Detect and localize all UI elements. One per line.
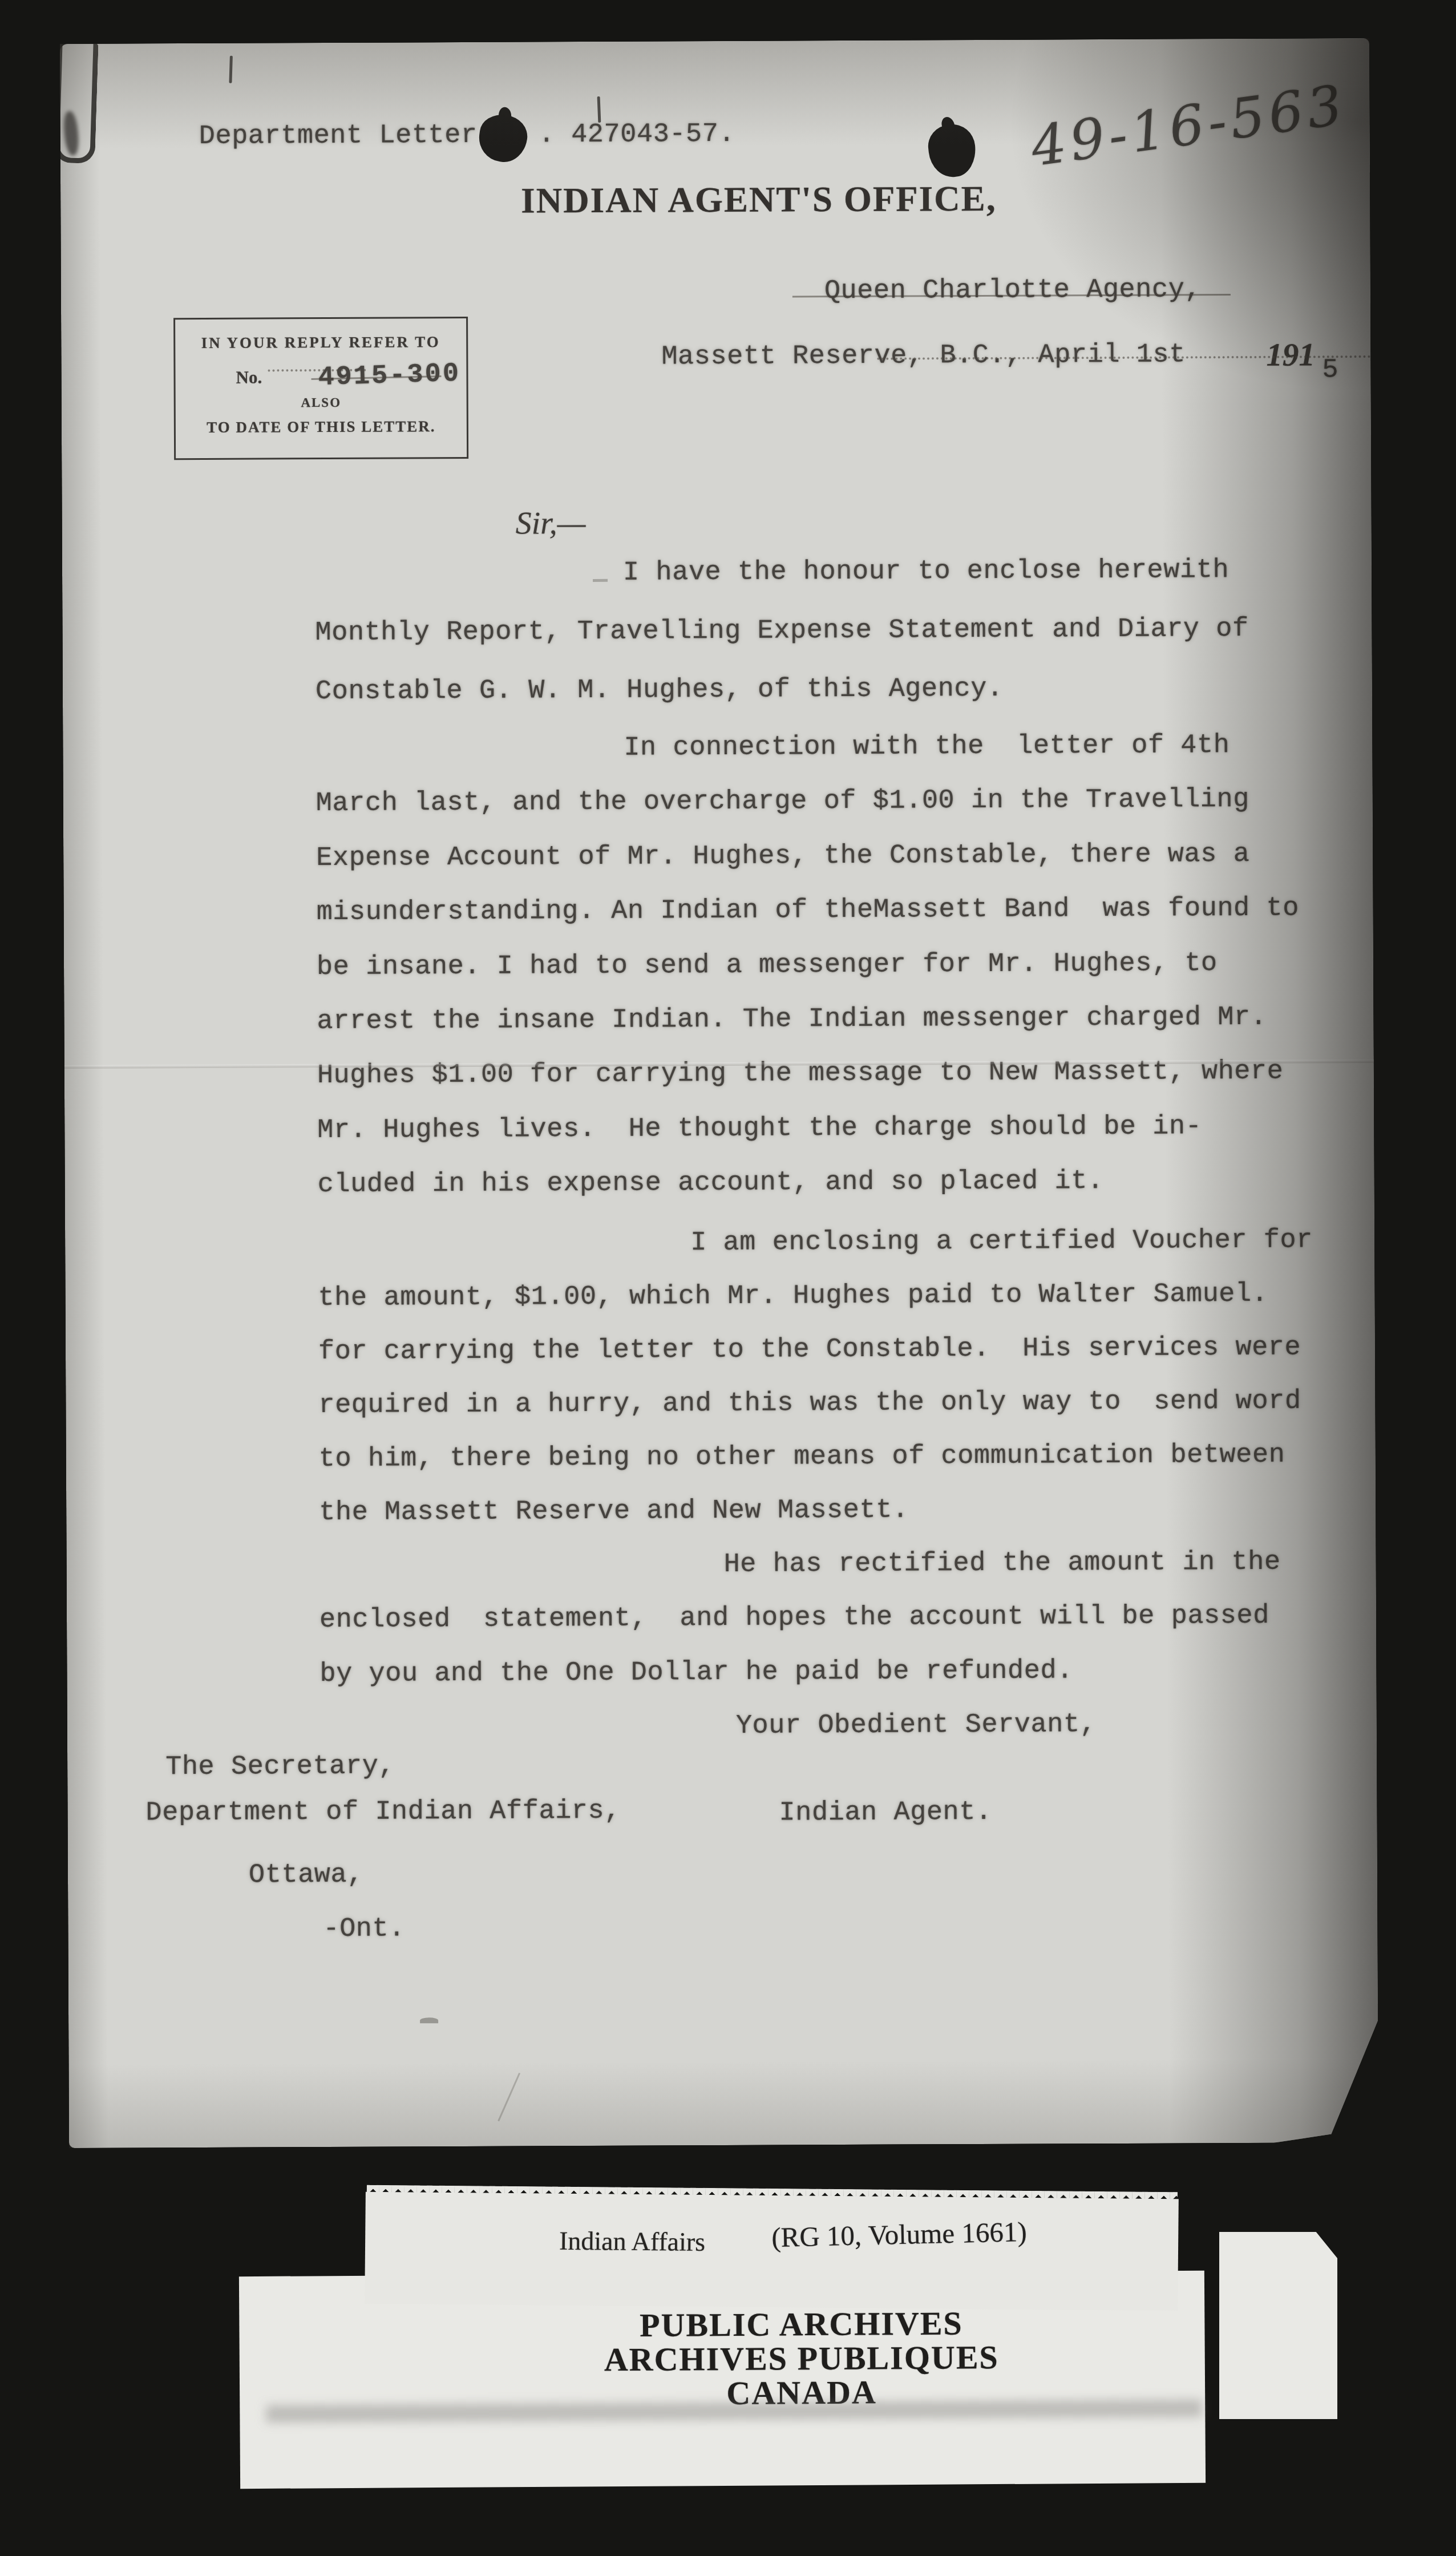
stray-dash-mark bbox=[593, 579, 608, 582]
volume-reference-label: (RG 10, Volume 1661) bbox=[771, 2215, 1028, 2254]
closing-line: Your Obedient Servant, bbox=[736, 1711, 1097, 1740]
place-date-line: Massett Reserve, B.C., April 1st bbox=[661, 341, 1186, 370]
body-line: Constable G. W. M. Hughes, of this Agenc… bbox=[316, 676, 1004, 705]
scanned-document-page: Department Letter . 427043-57. 49-16-563… bbox=[0, 0, 1456, 2556]
office-title: INDIAN AGENT'S OFFICE, bbox=[521, 178, 997, 222]
reply-box-no-label: No. bbox=[236, 367, 262, 387]
body-line: required in a hurry, and this was the on… bbox=[318, 1388, 1301, 1419]
letter-paper: Department Letter . 427043-57. 49-16-563… bbox=[60, 38, 1378, 2148]
ink-blot-icon bbox=[926, 122, 978, 179]
paperclip-imprint-icon bbox=[54, 42, 98, 164]
handwritten-file-number: 49-16-563 bbox=[1028, 72, 1350, 179]
collection-label: Indian Affairs bbox=[559, 2226, 705, 2257]
body-line: Mr. Hughes lives. He thought the charge … bbox=[317, 1113, 1202, 1144]
public-archives-text: PUBLIC ARCHIVES ARCHIVES PUBLIQUES CANAD… bbox=[398, 2305, 1205, 2413]
body-line: March last, and the overcharge of $1.00 … bbox=[316, 786, 1249, 817]
indian-affairs-reference-strip: Indian Affairs (RG 10, Volume 1661) bbox=[365, 2192, 1179, 2311]
ink-blot-icon bbox=[476, 112, 530, 165]
reply-reference-box: IN YOUR REPLY REFER TO No. 4915-300 ALSO… bbox=[173, 317, 468, 460]
addressee-line: -Ont. bbox=[323, 1915, 405, 1943]
body-line: Expense Account of Mr. Hughes, the Const… bbox=[316, 841, 1249, 872]
body-line: the amount, $1.00, which Mr. Hughes paid… bbox=[318, 1281, 1268, 1312]
body-line: He has rectified the amount in the bbox=[724, 1549, 1281, 1578]
stray-pen-mark bbox=[420, 2017, 438, 2023]
body-line: by you and the One Dollar he paid be ref… bbox=[319, 1657, 1073, 1688]
body-line: to him, there being no other means of co… bbox=[319, 1442, 1285, 1473]
addressee-line: Department of Indian Affairs, bbox=[145, 1798, 621, 1827]
department-letter-number: . 427043-57. bbox=[539, 121, 735, 149]
body-line: I am enclosing a certified Voucher for bbox=[690, 1227, 1313, 1256]
body-line: misunderstanding. An Indian of theMasset… bbox=[317, 895, 1299, 927]
body-line: for carrying the letter to the Constable… bbox=[318, 1334, 1301, 1366]
reply-box-line1: IN YOUR REPLY REFER TO bbox=[175, 333, 466, 352]
body-line: enclosed statement, and hopes the accoun… bbox=[319, 1603, 1269, 1633]
typed-year-digit: 5 bbox=[1322, 357, 1338, 383]
archives-line: PUBLIC ARCHIVES bbox=[398, 2305, 1204, 2344]
archives-line: ARCHIVES PUBLIQUES bbox=[398, 2339, 1205, 2379]
body-line: be insane. I had to send a messenger for… bbox=[317, 950, 1218, 981]
department-letter-label: Department Letter bbox=[199, 122, 478, 150]
stray-tick-mark bbox=[229, 56, 232, 83]
body-line: arrest the insane Indian. The Indian mes… bbox=[317, 1004, 1267, 1035]
agency-line: Queen Charlotte Agency, bbox=[824, 276, 1201, 305]
addressee-line: The Secretary, bbox=[165, 1753, 395, 1781]
white-card-tab bbox=[1219, 2232, 1337, 2419]
body-line: cluded in his expense account, and so pl… bbox=[318, 1168, 1104, 1198]
addressee-line: Ottawa, bbox=[249, 1862, 363, 1889]
body-line: In connection with the letter of 4th bbox=[624, 732, 1229, 762]
stray-tick-mark bbox=[597, 96, 601, 123]
reply-box-also: ALSO bbox=[176, 395, 467, 411]
printed-year: 191 bbox=[1266, 336, 1315, 373]
stray-slash-mark bbox=[498, 2073, 520, 2121]
body-line: I have the honour to enclose herewith bbox=[623, 557, 1229, 587]
reply-box-line3: TO DATE OF THIS LETTER. bbox=[176, 418, 467, 436]
signature-title: Indian Agent. bbox=[779, 1799, 992, 1827]
body-line: the Massett Reserve and New Massett. bbox=[319, 1497, 909, 1527]
body-line: Monthly Report, Travelling Expense State… bbox=[315, 616, 1248, 646]
salutation: Sir,— bbox=[516, 505, 586, 542]
